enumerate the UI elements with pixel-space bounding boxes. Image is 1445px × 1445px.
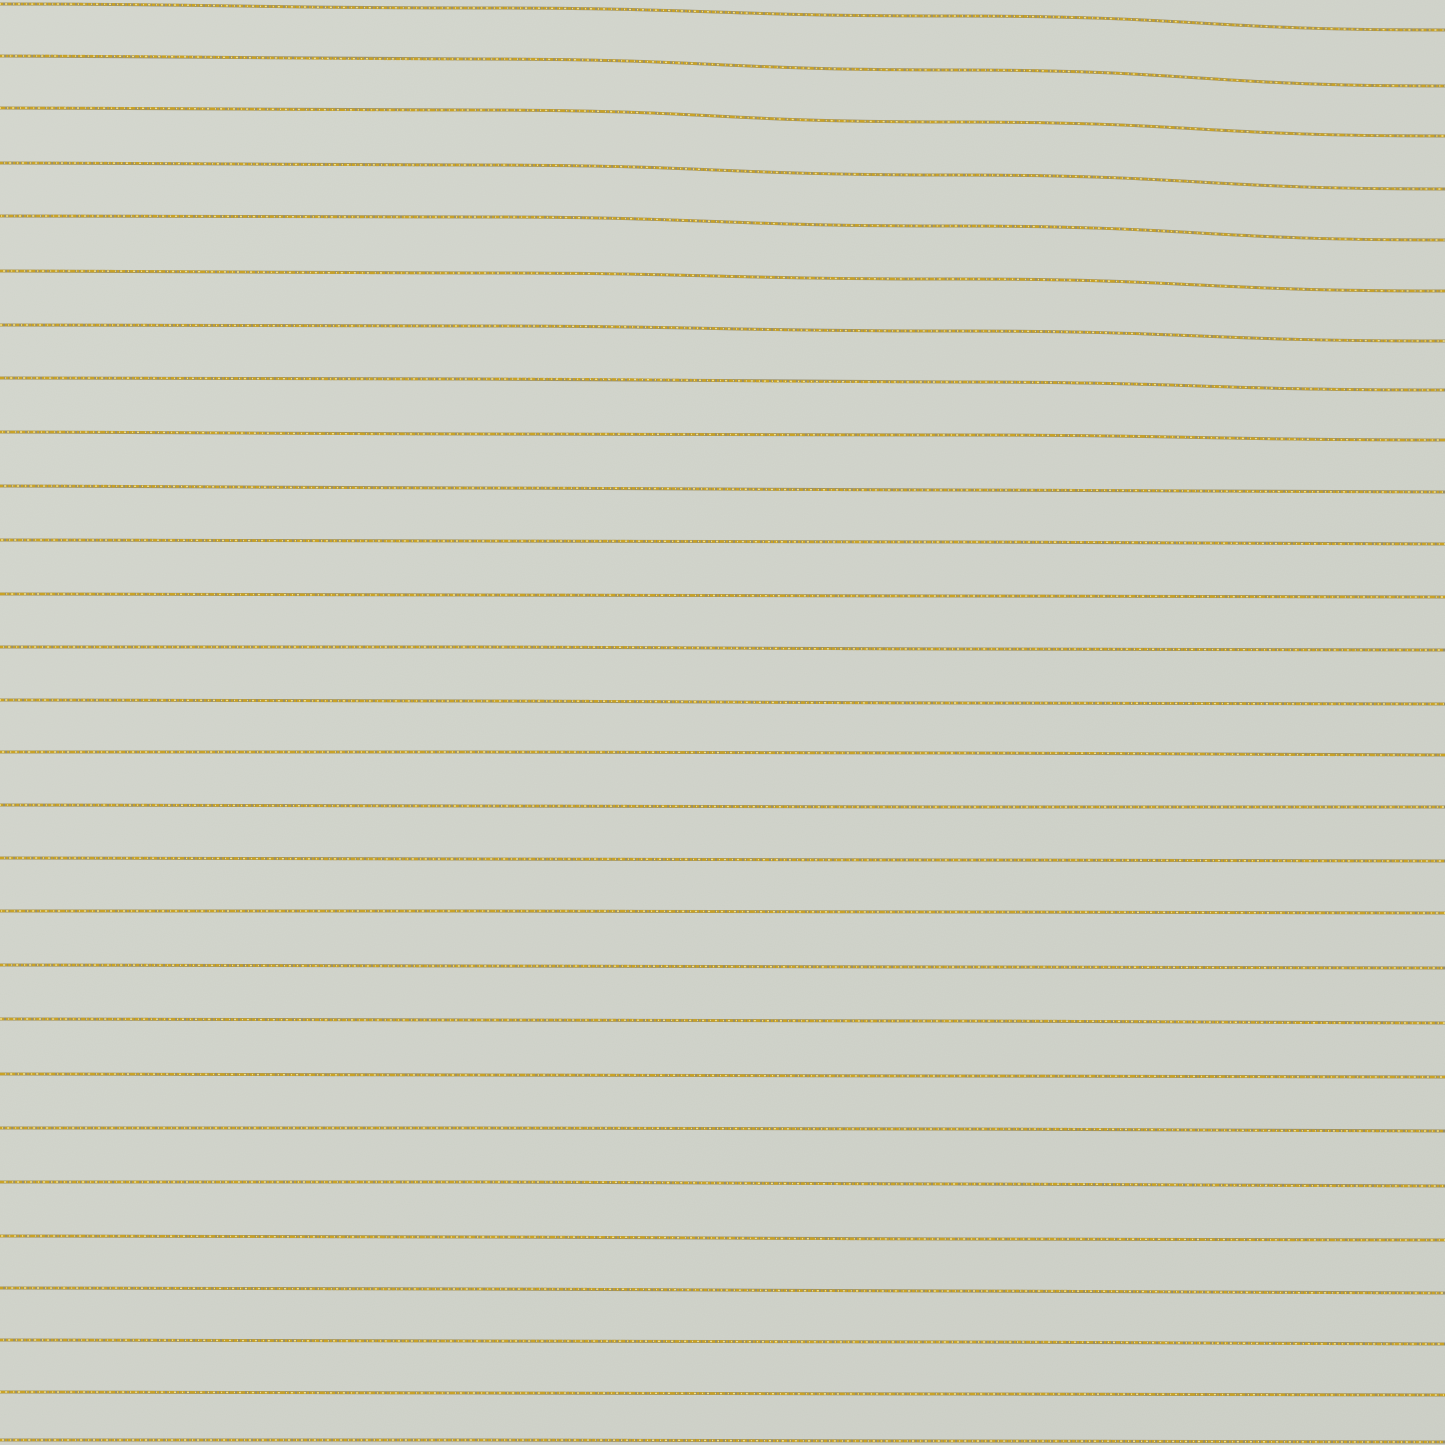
- fabric-svg: [0, 0, 1445, 1445]
- fabric-texture: [0, 0, 1445, 1445]
